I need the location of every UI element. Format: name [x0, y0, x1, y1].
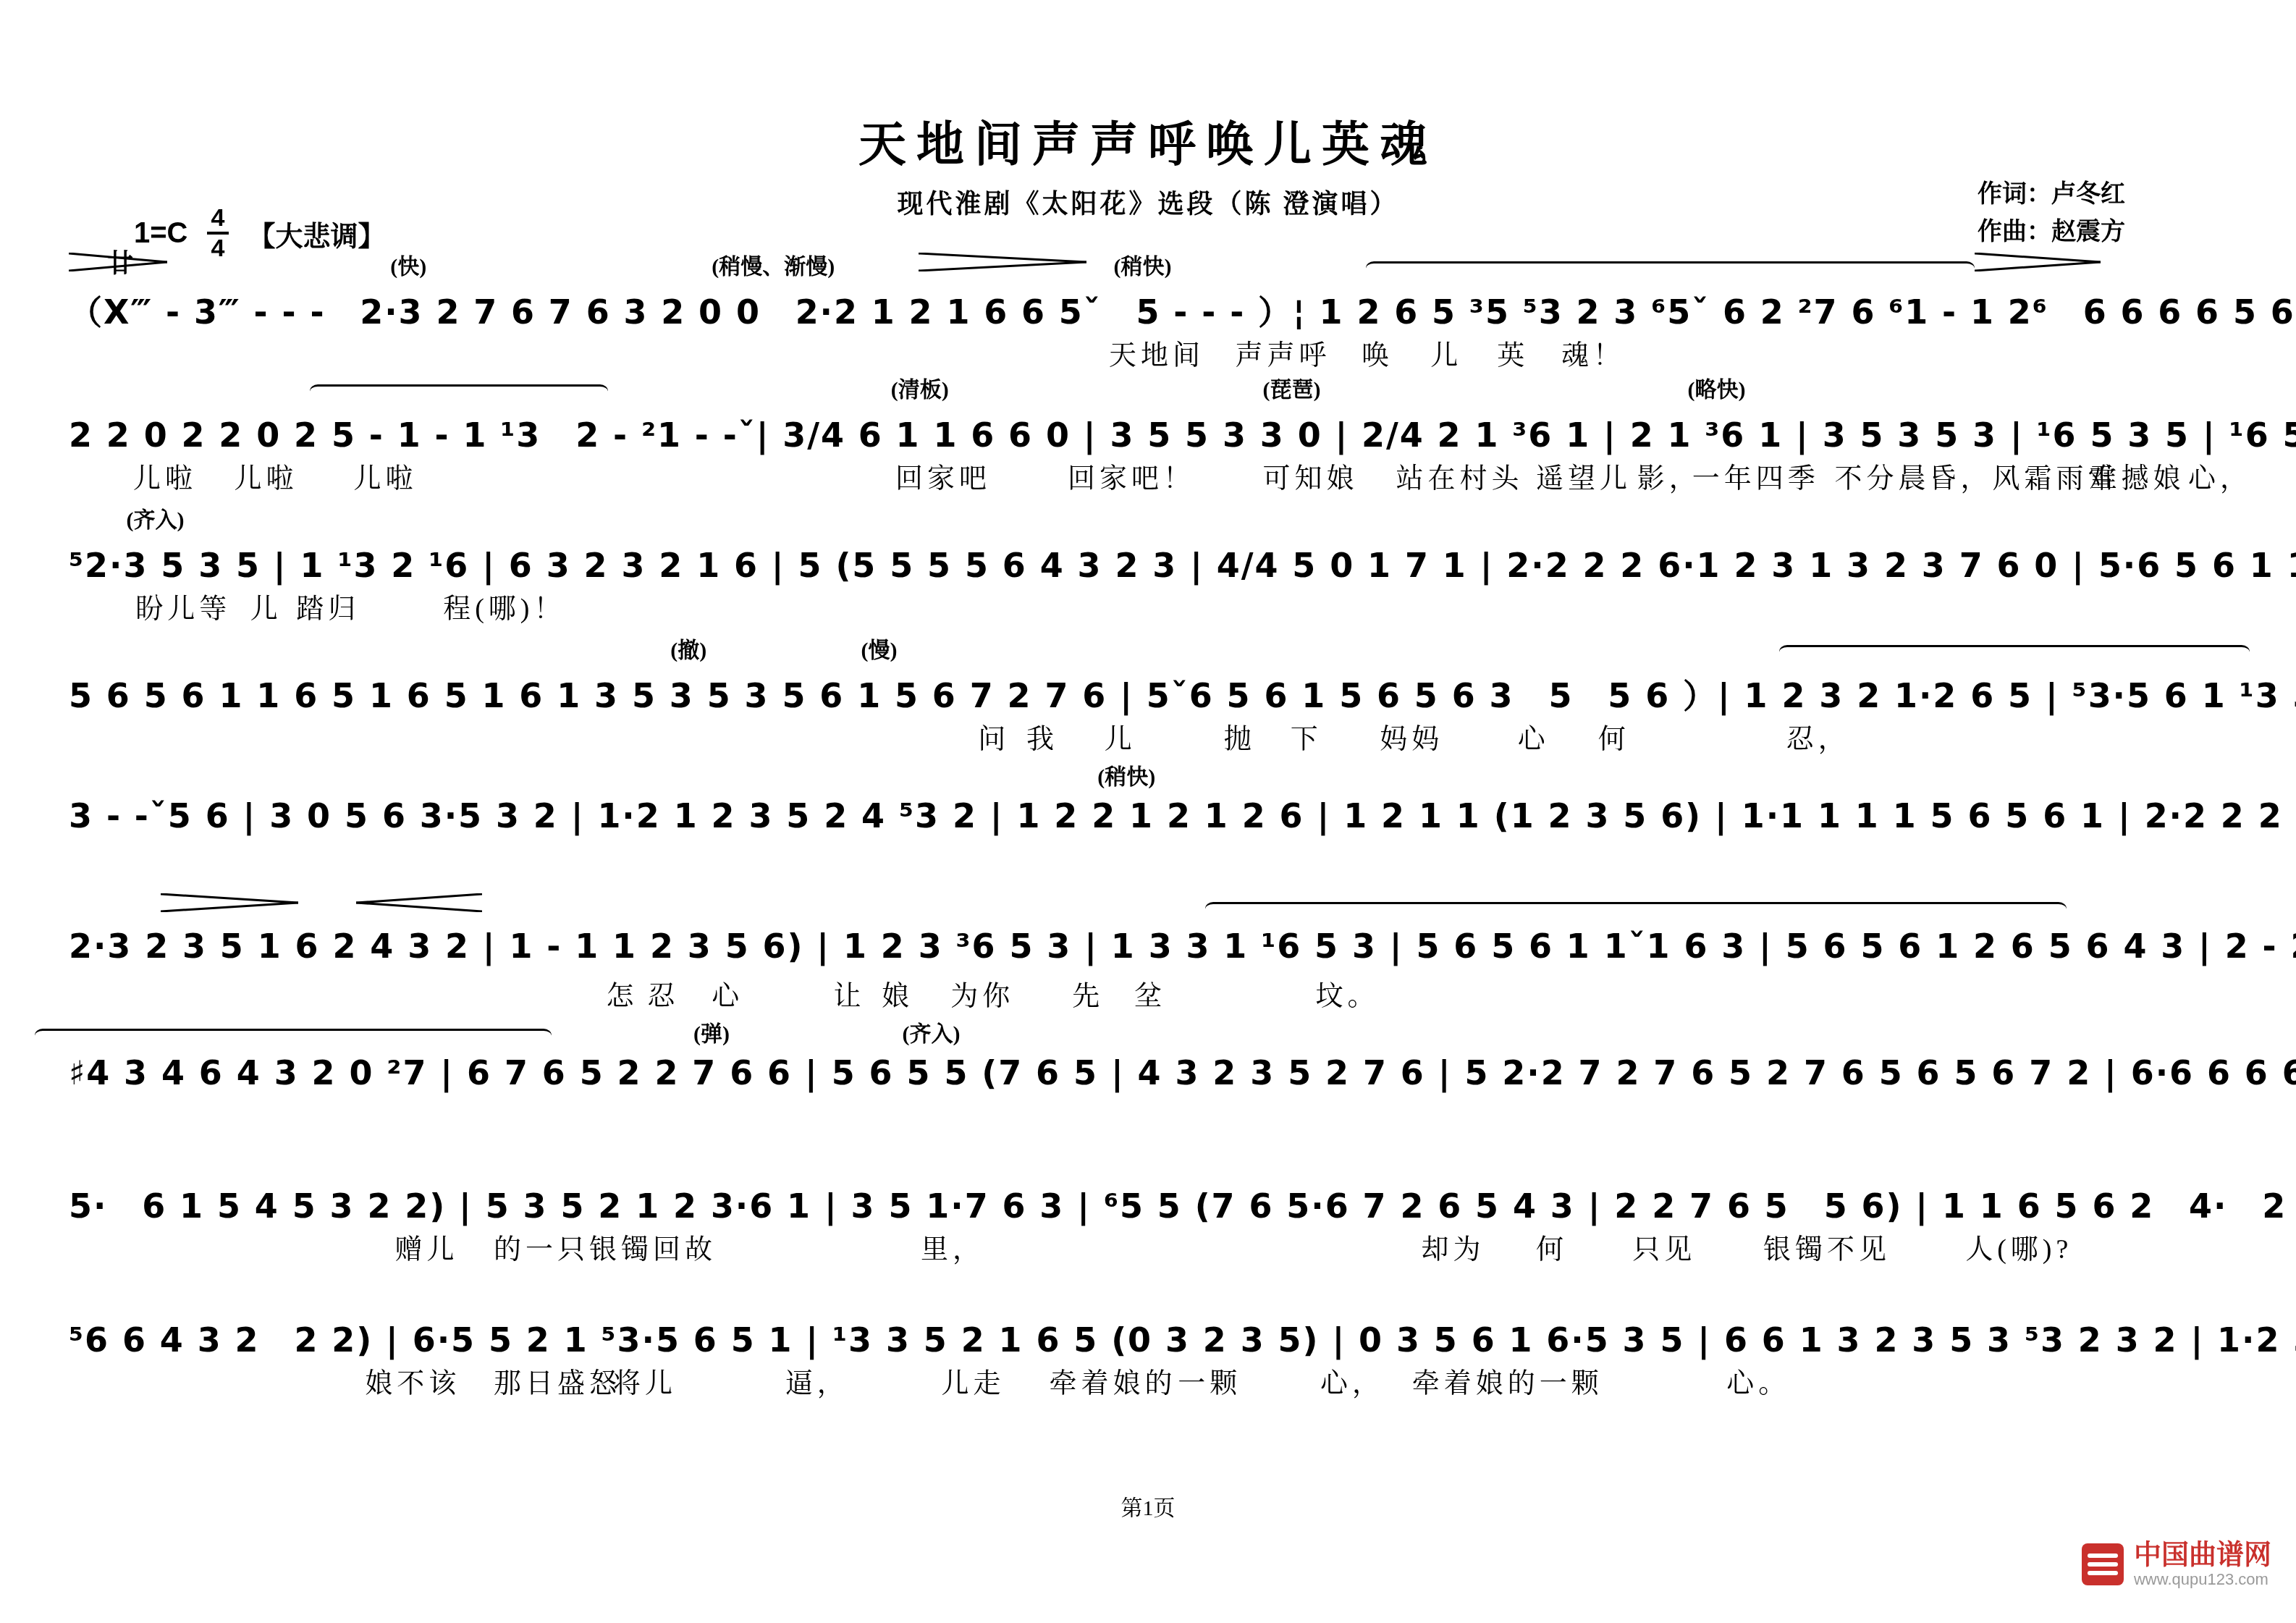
- decrescendo-hairpin-icon: [919, 253, 1086, 271]
- tempo-mark: (弹): [693, 1016, 730, 1047]
- tempo-mark: (撤): [670, 632, 706, 664]
- notation-line: 2 2 0 2 2 0 2 5 - 1 - 1 ¹3 2 - ²1 - -ˇ| …: [69, 409, 2250, 457]
- notation-line: 5· 6 1 5 4 5 3 2 2) | 5 3 5 2 1 2 3·6 1 …: [69, 1180, 2250, 1228]
- lyric-segment: 站在村头: [1396, 455, 1524, 495]
- lyric-segment: 银镯不见: [1763, 1226, 1891, 1266]
- notation-line: ⁵2·3 5 3 5 | 1 ¹3 2 ¹6 | 6 3 2 3 2 1 6 |…: [69, 539, 2250, 587]
- lyric-segment: 魂！: [1561, 332, 1625, 372]
- lyric-segment: 里，: [921, 1226, 984, 1266]
- lyric-segment: 为你: [950, 973, 1014, 1013]
- lyric-segment: 儿: [1430, 332, 1462, 372]
- tempo-mark: (略快): [1687, 371, 1745, 403]
- lyric-segment: 妈妈: [1380, 716, 1443, 756]
- lyric-segment: 娘不该: [365, 1360, 460, 1400]
- lyric-segment: 下: [1291, 716, 1322, 756]
- decrescendo-hairpin-icon: [161, 893, 298, 912]
- lyric-segment: 先: [1072, 973, 1104, 1013]
- lyric-segment: 声声呼: [1236, 332, 1331, 372]
- lyric-segment: 回家吧！: [1068, 455, 1195, 495]
- lyric-segment: 可知娘: [1263, 455, 1359, 495]
- lyric-segment: 遥望儿: [1536, 455, 1632, 495]
- lyric-segment: 坌: [1134, 973, 1166, 1013]
- lyric-segment: 却为: [1421, 1226, 1485, 1266]
- lyrics-row: 娘不该那日盛怒将儿逼，儿走牵着娘的一颗心，牵着娘的一颗心。: [0, 1360, 2296, 1398]
- tempo-mark: (稍快): [1113, 248, 1171, 280]
- site-watermark: 中国曲谱网 www.qupu123.com: [2082, 1540, 2271, 1588]
- lyric-segment: 踏归: [296, 586, 360, 625]
- decrescendo-hairpin-icon: [1975, 253, 2101, 271]
- lyric-segment: 程(哪)！: [443, 586, 565, 625]
- tempo-mark: (稍慢、渐慢): [712, 248, 835, 280]
- lyric-segment: 心，: [1320, 1360, 1384, 1400]
- notation-line: 3 - -ˇ5 6 | 3 0 5 6 3·5 3 2 | 1·2 1 2 3 …: [69, 796, 2250, 835]
- lyrics-row: 儿啦儿啦儿啦回家吧回家吧！可知娘站在村头遥望儿影，一年四季不分晨昏，风霜雨雪难撼…: [0, 455, 2296, 493]
- lyric-segment: 天地间: [1109, 332, 1204, 372]
- lyrics-row: [0, 1100, 2296, 1137]
- phrase-line: [1779, 645, 2250, 659]
- lyric-segment: 忍: [648, 973, 680, 1013]
- phrase-line: [310, 384, 608, 398]
- composer-credit: 作曲：赵震方: [1978, 211, 2195, 247]
- lyric-segment: 儿啦: [133, 455, 197, 495]
- tempo-mark: (清板): [891, 371, 949, 403]
- tempo-mark: (琵琶): [1263, 371, 1321, 403]
- tempo-mark: (快): [390, 248, 426, 280]
- lyric-segment: 何: [1536, 1226, 1568, 1266]
- notation-line: （X‴ - 3‴ - - - 2·3 2 7 6 7 6 3 2 0 0 2·2…: [69, 286, 2250, 334]
- time-signature-numerator: 4: [207, 206, 229, 235]
- lyric-segment: 不分晨: [1834, 455, 1930, 495]
- phrase-line: [35, 1029, 552, 1042]
- tempo-mark: (齐入): [903, 1016, 961, 1047]
- lyric-segment: 影，: [1637, 455, 1701, 495]
- lyric-segment: 让: [833, 973, 865, 1013]
- page-title: 天地间声声呼唤儿英魂: [0, 106, 2296, 174]
- lyric-segment: 我: [1026, 716, 1058, 756]
- lyric-segment: 忍，: [1786, 716, 1850, 756]
- lyric-segment: 赠儿: [395, 1226, 459, 1266]
- lyric-segment: 的一只银镯回故: [494, 1226, 717, 1266]
- lyric-segment: 抛: [1224, 716, 1256, 756]
- mode-tag: 【大悲调】: [248, 214, 385, 253]
- lyric-segment: 坟。: [1316, 973, 1380, 1013]
- tempo-mark: (慢): [861, 632, 898, 664]
- lyric-segment: 儿: [1105, 716, 1136, 756]
- lyric-segment: 牵着娘的一颗: [1412, 1360, 1603, 1400]
- lyric-segment: 那日盛怒: [494, 1360, 621, 1400]
- lyric-segment: 儿啦: [235, 455, 298, 495]
- lyric-segment: 心，: [2188, 455, 2252, 495]
- lyric-segment: 只见: [1632, 1226, 1696, 1266]
- lyric-segment: 儿走: [942, 1360, 1005, 1400]
- lyrics-row: 盼儿等儿踏归程(哪)！: [0, 586, 2296, 623]
- lyric-segment: 心: [712, 973, 743, 1013]
- tempo-marks-row: (稍快): [0, 759, 2296, 791]
- lyric-segment: 英: [1497, 332, 1529, 372]
- lyric-segment: 牵着娘的: [1050, 1360, 1177, 1400]
- lyric-segment: 盼儿等: [135, 586, 231, 625]
- lyric-segment: 怎: [606, 973, 638, 1013]
- lyric-segment: 回家吧: [895, 455, 991, 495]
- phrase-line: [1205, 902, 2067, 916]
- lyric-segment: 难撼娘: [2090, 455, 2185, 495]
- lyric-segment: 唤: [1362, 332, 1393, 372]
- lyrics-row: 天地间声声呼唤儿英魂！: [0, 332, 2296, 370]
- key-label: 1=C: [134, 217, 188, 250]
- lyric-segment: 逼，: [785, 1360, 849, 1400]
- lyric-segment: 一颗: [1178, 1360, 1241, 1400]
- sheet-music-page: 天地间声声呼唤儿英魂 现代淮剧《太阳花》选段（陈 澄演唱） 作词：卢冬红 作曲：…: [0, 0, 2296, 1623]
- lyric-segment: 儿: [250, 586, 282, 625]
- tempo-marks-row: (齐入): [0, 502, 2296, 534]
- lyric-segment: 心: [1518, 716, 1550, 756]
- lyrics-row: 怎忍心让娘为你先坌坟。: [0, 973, 2296, 1011]
- page-number: 第1页: [0, 1490, 2296, 1522]
- lyric-segment: 问: [978, 716, 1010, 756]
- notation-line: ⁵6 6 4 3 2 2 2) | 6·5 5 2 1 ⁵3·5 6 5 1 |…: [69, 1314, 2250, 1362]
- lyrics-row: [0, 843, 2296, 880]
- lyrics-row: 赠儿的一只银镯回故里，却为何只见银镯不见人(哪)?: [0, 1226, 2296, 1264]
- crescendo-hairpin-icon: [356, 893, 482, 912]
- tempo-mark: (齐入): [126, 502, 184, 534]
- tempo-marks-row: [0, 1142, 2296, 1174]
- lyric-segment: 何: [1598, 716, 1630, 756]
- lyricist-credit: 作词：卢冬红: [1978, 174, 2195, 209]
- notation-line: 5 6 5 6 1 1 6 5 1 6 5 1 6 1 3 5 3 5 3 5 …: [69, 670, 2250, 717]
- lyric-segment: 儿啦: [353, 455, 417, 495]
- qupu-logo-icon: [2082, 1543, 2124, 1585]
- lyric-segment: 心。: [1726, 1360, 1790, 1400]
- lyric-segment: 一年四季: [1692, 455, 1820, 495]
- notation-line: 2·3 2 3 5 1 6 2 4 3 2 | 1 - 1 1 2 3 5 6)…: [69, 927, 2250, 966]
- lyric-segment: 人(哪)?: [1965, 1226, 2072, 1266]
- tempo-marks-row: [0, 1276, 2296, 1308]
- watermark-site-name: 中国曲谱网: [2134, 1540, 2271, 1571]
- lyric-segment: 娘: [882, 973, 913, 1013]
- phrase-line: [1366, 261, 1975, 275]
- lyrics-row: 问我儿抛下妈妈心何忍，: [0, 716, 2296, 754]
- watermark-site-url[interactable]: www.qupu123.com: [2134, 1571, 2271, 1588]
- lyric-segment: 将儿: [613, 1360, 677, 1400]
- decrescendo-hairpin-icon: [69, 253, 167, 271]
- tempo-mark: (稍快): [1097, 759, 1155, 791]
- notation-line: ♯4 3 4 6 4 3 2 0 ²7 | 6 7 6 5 2 2 7 6 6 …: [69, 1053, 2250, 1092]
